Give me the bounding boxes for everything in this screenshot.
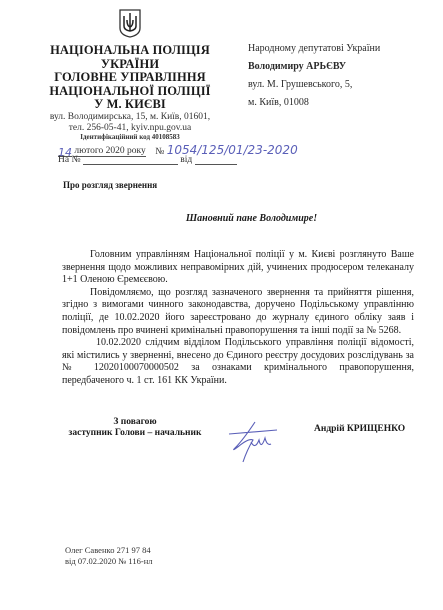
body-paragraph: Повідомляємо, що розгляд зазначеного зве…	[62, 287, 414, 337]
letter-subject: Про розгляд звернення	[63, 180, 157, 190]
recipient-name: Володимиру АРЬЄВУ	[248, 58, 380, 76]
executor-info: Олег Савенко 271 97 84 від 07.02.2020 № …	[65, 545, 153, 567]
closing: З повагою	[60, 417, 210, 428]
organization-name: НАЦІОНАЛЬНА ПОЛІЦІЯ УКРАЇНИ ГОЛОВНЕ УПРА…	[30, 44, 230, 112]
org-line: ГОЛОВНЕ УПРАВЛІННЯ	[30, 71, 230, 85]
body-paragraph: 10.02.2020 слідчим відділом Подільського…	[62, 337, 414, 387]
ref-number-blank	[83, 154, 178, 165]
org-line: У М. КИЄВІ	[30, 98, 230, 112]
org-address: вул. Володимирська, 15, м. Київ, 01601, …	[30, 112, 230, 134]
recipient-street: вул. М. Грушевського, 5,	[248, 76, 380, 94]
signatory-position: З повагою заступник Голови – начальник	[60, 417, 210, 439]
trident-coat-of-arms-icon	[118, 8, 142, 38]
org-line: НАЦІОНАЛЬНОЇ ПОЛІЦІЇ	[30, 85, 230, 99]
position: заступник Голови – начальник	[60, 428, 210, 439]
address-street: вул. Володимирська, 15, м. Київ, 01601,	[30, 112, 230, 123]
greeting: Шановний пане Володимире!	[0, 213, 443, 224]
org-line: НАЦІОНАЛЬНА ПОЛІЦІЯ	[30, 44, 230, 58]
ref-from-label: від	[180, 155, 192, 165]
ref-label: На №	[58, 155, 81, 165]
org-line: УКРАЇНИ	[30, 58, 230, 72]
recipient-block: Народному депутатові України Володимиру …	[248, 40, 380, 112]
letter-body: Головним управлінням Національної поліці…	[62, 249, 414, 388]
executor-reference: від 07.02.2020 № 116-нл	[65, 556, 153, 567]
ref-date-blank	[195, 154, 237, 165]
signatory-name: Андрій КРИЩЕНКО	[314, 424, 405, 434]
id-code: Ідентифікаційний код 40108583	[30, 133, 230, 141]
body-paragraph: Головним управлінням Національної поліці…	[62, 249, 414, 287]
handwritten-signature-icon	[225, 420, 280, 465]
executor-name-phone: Олег Савенко 271 97 84	[65, 545, 153, 556]
incoming-reference: На № від	[58, 154, 237, 165]
recipient-title: Народному депутатові України	[248, 40, 380, 58]
recipient-city: м. Київ, 01008	[248, 94, 380, 112]
